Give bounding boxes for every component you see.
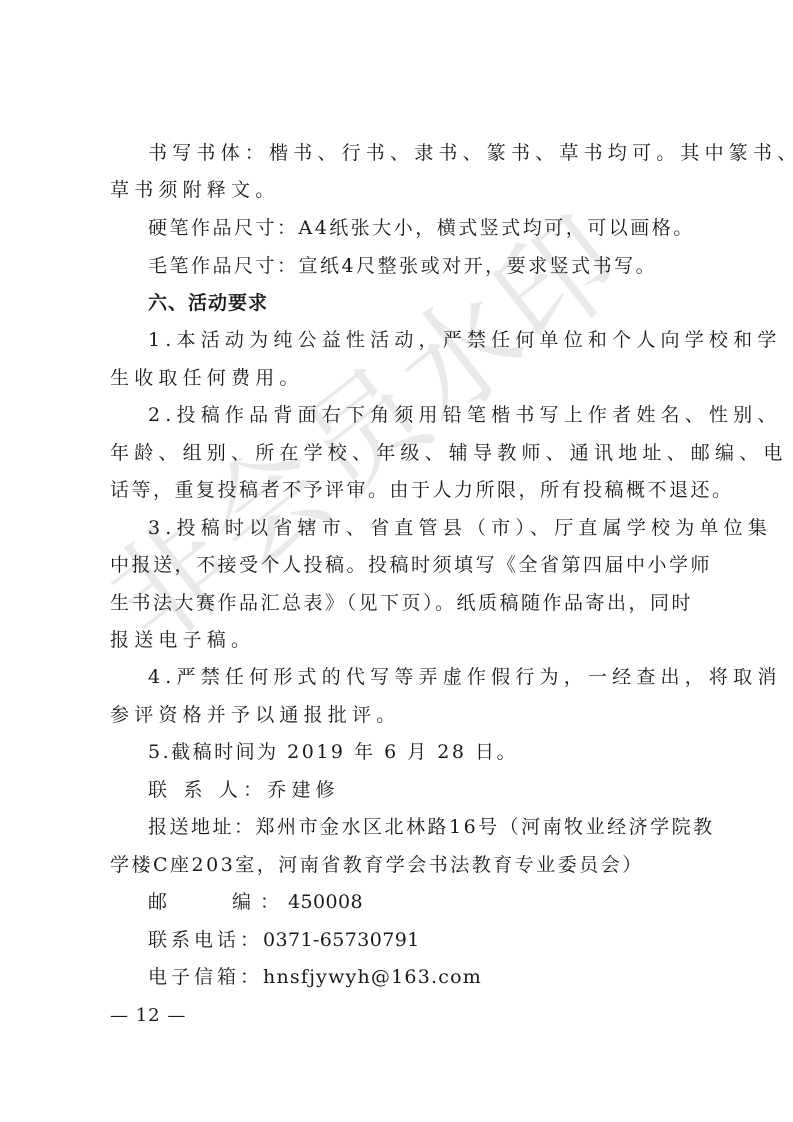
postcode-label: 邮 编：	[148, 891, 288, 913]
phone-label: 联系电话：	[148, 929, 263, 951]
requirement-3-line4: 报送电子稿。	[110, 628, 690, 652]
contact-person-row: 联 系 人：乔建修	[148, 778, 728, 802]
requirement-2-line1: 2.投稿作品背面右下角须用铅笔楷书写上作者姓名、性别、	[148, 403, 728, 427]
contact-person-label: 联 系 人：	[148, 779, 267, 801]
paragraph-brush-size: 毛笔作品尺寸：宣纸4尺整张或对开，要求竖式书写。	[148, 254, 728, 278]
requirement-3-line3: 生书法大赛作品汇总表》（见下页）。纸质稿随作品寄出，同时	[110, 591, 690, 615]
paragraph-hard-pen-size: 硬笔作品尺寸：A4纸张大小，横式竖式均可，可以画格。	[148, 216, 728, 240]
requirement-4-line1: 4.严禁任何形式的代写等弄虚作假行为，一经查出，将取消	[148, 665, 728, 689]
requirement-3-line1: 3.投稿时以省辖市、省直管县（市）、厅直属学校为单位集	[148, 516, 728, 540]
postcode-value: 450008	[288, 891, 363, 913]
email-label: 电子信箱：	[148, 966, 263, 988]
page-content: 书写书体：楷书、行书、隶书、篆书、草书均可。其中篆书、 草书须附释文。 硬笔作品…	[0, 0, 793, 1122]
requirement-2-line3: 话等，重复投稿者不予评审。由于人力所限，所有投稿概不退还。	[110, 478, 690, 502]
section-heading-activity-requirements: 六、活动要求	[148, 291, 728, 315]
postcode-row: 邮 编：450008	[148, 890, 728, 914]
email-value: hnsfjywyh@163.com	[263, 966, 482, 988]
requirement-1-line2: 生收取任何费用。	[110, 366, 690, 390]
phone-value: 0371-65730791	[263, 929, 420, 951]
requirement-4-line2: 参评资格并予以通报批评。	[110, 703, 690, 727]
paragraph-calligraphy-styles-line2: 草书须附释文。	[110, 178, 690, 202]
requirement-3-line2: 中报送，不接受个人投稿。投稿时须填写《全省第四届中小学师	[110, 553, 690, 577]
paragraph-calligraphy-styles-line1: 书写书体：楷书、行书、隶书、篆书、草书均可。其中篆书、	[148, 141, 728, 165]
page-number: — 12 —	[110, 1004, 186, 1028]
requirement-2-line2: 年龄、组别、所在学校、年级、辅导教师、通讯地址、邮编、电	[110, 441, 690, 465]
contact-person-value: 乔建修	[267, 779, 340, 801]
email-row: 电子信箱：hnsfjywyh@163.com	[148, 965, 728, 989]
submission-address-line2: 学楼C座203室，河南省教育学会书法教育专业委员会）	[110, 853, 690, 877]
phone-row: 联系电话：0371-65730791	[148, 928, 728, 952]
document-page: 非会员水印 书写书体：楷书、行书、隶书、篆书、草书均可。其中篆书、 草书须附释文…	[0, 0, 793, 1122]
submission-address-line1: 报送地址：郑州市金水区北林路16号（河南牧业经济学院教	[148, 815, 728, 839]
requirement-1-line1: 1.本活动为纯公益性活动，严禁任何单位和个人向学校和学	[148, 328, 728, 352]
requirement-5-deadline: 5.截稿时间为 2019 年 6 月 28 日。	[148, 740, 728, 764]
